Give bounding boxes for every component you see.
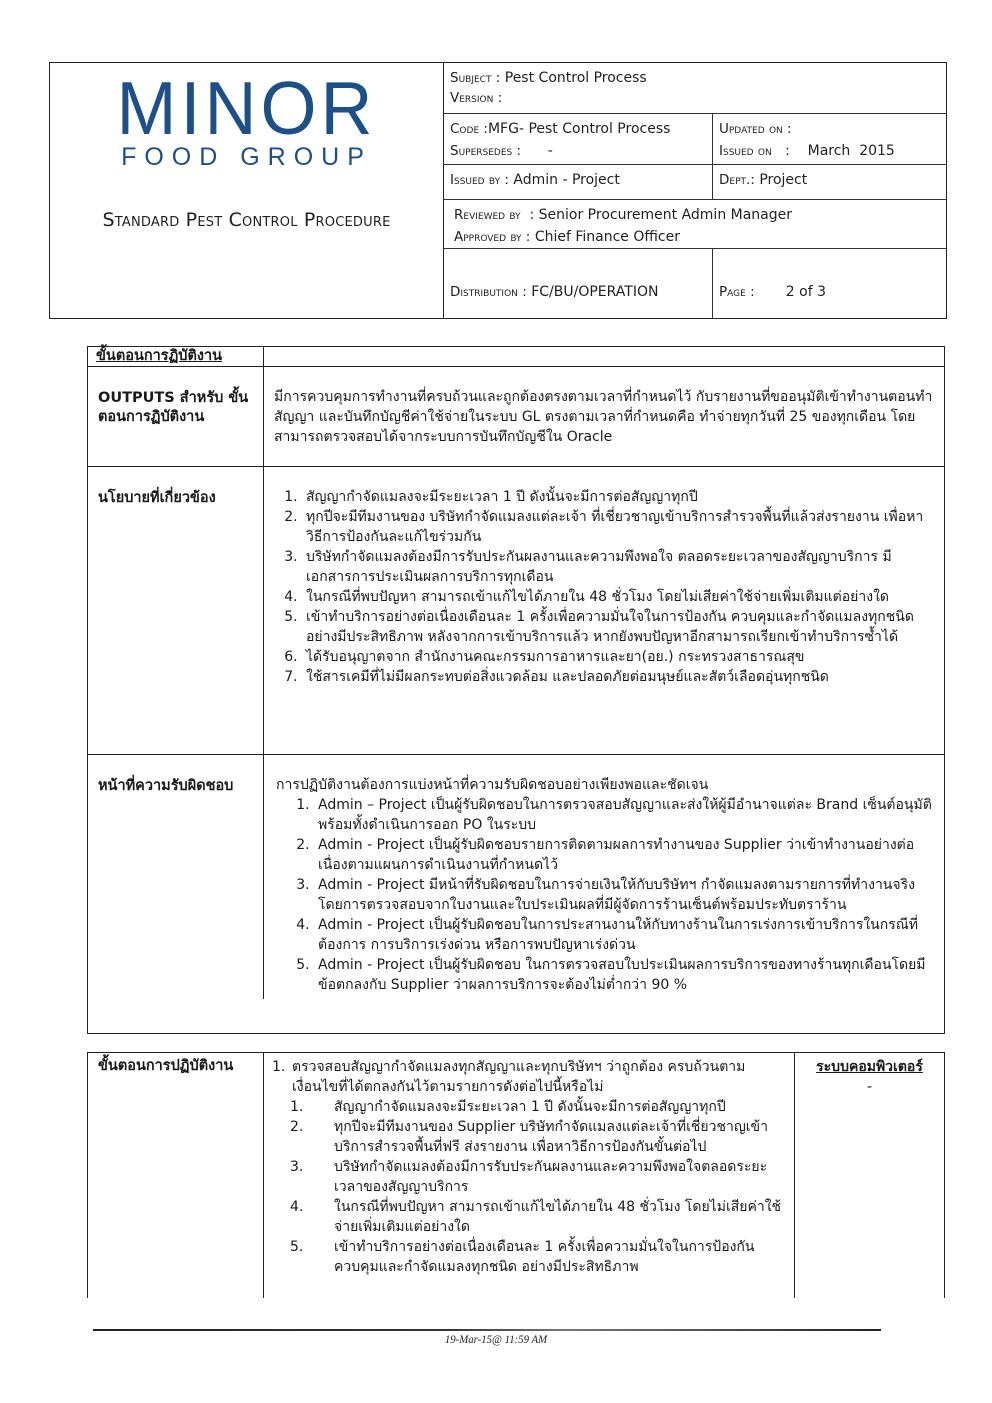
dept-value: Project <box>759 172 807 188</box>
reviewed-by-label: Reviewed by <box>454 207 521 223</box>
updated-on-label: Updated on : <box>719 121 792 137</box>
issued-on-value: : March 2015 <box>785 143 895 159</box>
list-item: ได้รับอนุญาตจาก สำนักงานคณะกรรมการอาหารแ… <box>302 647 934 667</box>
responsibility-row: หน้าที่ความรับผิดชอบ การปฏิบัติงานต้องกา… <box>88 755 944 999</box>
footer-timestamp: 19-Mar-15@ 11:59 AM <box>50 1332 943 1347</box>
supersedes-label: Supersedes : <box>450 143 521 159</box>
policy-label: นโยบายที่เกี่ยวข้อง <box>88 467 264 754</box>
responsibility-content: การปฏิบัติงานต้องการแบ่งหน้าที่ความรับผิ… <box>264 755 944 999</box>
list-item: Admin - Project มีหน้าที่รับผิดชอบในการจ… <box>314 875 934 915</box>
list-item: 5.เข้าทำบริการอย่างต่อเนื่องเดือนละ 1 คร… <box>290 1237 786 1277</box>
document-title: Standard Pest Control Procedure <box>50 209 443 231</box>
company-logo-subtitle: FOOD GROUP <box>50 143 443 172</box>
steps-table: ขั้นตอนการปฏิบัติงาน 1. ตรวจสอบสัญญากำจั… <box>87 1052 945 1298</box>
subject-label: Subject : <box>450 70 500 86</box>
supersedes-value: - <box>548 143 553 159</box>
document-header: MINOR FOOD GROUP Standard Pest Control P… <box>49 62 947 319</box>
procedure-table-header-row: ขั้นตอนการฏิบัติงาน <box>88 347 944 367</box>
meta-row-code: Code :MFG- Pest Control Process Supersed… <box>444 114 946 165</box>
outputs-label: OUTPUTS สำหรับ ขั้นตอนการฏิบัติงาน <box>88 367 264 466</box>
meta-row-issued-by: Issued by : Admin - Project Dept.: Proje… <box>444 165 946 200</box>
list-item: ทุกปีจะมีทีมงานของ บริษัทกำจัดแมลงแต่ละเ… <box>302 507 934 547</box>
procedure-header-label: ขั้นตอนการฏิบัติงาน <box>88 347 264 366</box>
list-item: Admin - Project เป็นผู้รับผิดชอบในการประ… <box>314 915 934 955</box>
list-item: 2.ทุกปีจะมีทีมงานของ Supplier บริษัทกำจั… <box>290 1117 786 1157</box>
issued-by-label: Issued by : <box>450 172 509 188</box>
dept-label: Dept.: <box>719 172 755 188</box>
list-item: 4.ในกรณีที่พบปัญหา สามารถเข้าแก้ไขได้ภาย… <box>290 1197 786 1237</box>
company-logo: MINOR <box>50 71 443 147</box>
meta-row-distribution: Distribution : FC/BU/OPERATION Page : 2 … <box>444 249 946 318</box>
version-label: Version : <box>450 90 502 106</box>
footer-divider <box>93 1329 881 1331</box>
policy-list: สัญญากำจัดแมลงจะมีระยะเวลา 1 ปี ดังนั้นจ… <box>274 487 934 687</box>
step-1-number: 1. <box>272 1057 292 1097</box>
steps-content: 1. ตรวจสอบสัญญากำจัดแมลงทุกสัญญาและทุกบร… <box>264 1053 795 1298</box>
step-1-text: ตรวจสอบสัญญากำจัดแมลงทุกสัญญาและทุกบริษั… <box>292 1057 786 1097</box>
list-item: 1.สัญญากำจัดแมลงจะมีระยะเวลา 1 ปี ดังนั้… <box>290 1097 786 1117</box>
system-column: ระบบคอมพิวเตอร์ - <box>795 1053 944 1298</box>
list-item: Admin - Project เป็นผู้รับผิดชอบ ในการตร… <box>314 955 934 995</box>
policy-row: นโยบายที่เกี่ยวข้อง สัญญากำจัดแมลงจะมีระ… <box>88 467 944 755</box>
approved-by-label: Approved by : <box>454 229 530 245</box>
list-item: เข้าทำบริการอย่างต่อเนื่องเดือนละ 1 ครั้… <box>302 607 934 647</box>
list-item: Admin – Project เป็นผู้รับผิดชอบในการตรว… <box>314 795 934 835</box>
approved-by-value: Chief Finance Officer <box>535 229 680 245</box>
meta-row-subject: Subject : Pest Control Process Version : <box>444 63 946 114</box>
procedure-table: ขั้นตอนการฏิบัติงาน OUTPUTS สำหรับ ขั้นต… <box>87 346 945 1034</box>
brand-block: MINOR FOOD GROUP Standard Pest Control P… <box>50 63 444 318</box>
list-item: 3.บริษัทกำจัดแมลงต้องมีการรับประกันผลงาน… <box>290 1157 786 1197</box>
code-value: MFG- Pest Control Process <box>488 121 670 137</box>
steps-label: ขั้นตอนการปฏิบัติงาน <box>88 1053 264 1298</box>
issued-on-label: Issued on <box>719 143 772 159</box>
system-value: - <box>801 1077 938 1097</box>
outputs-row: OUTPUTS สำหรับ ขั้นตอนการฏิบัติงาน มีการ… <box>88 367 944 467</box>
meta-row-review: Reviewed by : Senior Procurement Admin M… <box>444 200 946 249</box>
list-item: ใช้สารเคมีที่ไม่มีผลกระทบต่อสิ่งแวดล้อม … <box>302 667 934 687</box>
reviewed-by-value: : Senior Procurement Admin Manager <box>529 207 792 223</box>
system-header: ระบบคอมพิวเตอร์ <box>801 1057 938 1077</box>
policy-content: สัญญากำจัดแมลงจะมีระยะเวลา 1 ปี ดังนั้นจ… <box>264 467 944 754</box>
page-number: 2 of 3 <box>786 284 826 300</box>
list-item: Admin - Project เป็นผู้รับผิดชอบรายการติ… <box>314 835 934 875</box>
page-label: Page : <box>719 284 755 300</box>
step-1: 1. ตรวจสอบสัญญากำจัดแมลงทุกสัญญาและทุกบร… <box>272 1057 786 1097</box>
step-1-sublist: 1.สัญญากำจัดแมลงจะมีระยะเวลา 1 ปี ดังนั้… <box>272 1097 786 1277</box>
list-item: บริษัทกำจัดแมลงต้องมีการรับประกันผลงานแล… <box>302 547 934 587</box>
outputs-text: มีการควบคุมการทำงานที่ครบถ้วนและถูกต้องต… <box>264 367 944 466</box>
subject-value: Pest Control Process <box>505 70 647 86</box>
responsibility-intro: การปฏิบัติงานต้องการแบ่งหน้าที่ความรับผิ… <box>276 775 934 795</box>
list-item: สัญญากำจัดแมลงจะมีระยะเวลา 1 ปี ดังนั้นจ… <box>302 487 934 507</box>
issued-by-value: Admin - Project <box>513 172 619 188</box>
steps-row: ขั้นตอนการปฏิบัติงาน 1. ตรวจสอบสัญญากำจั… <box>88 1053 944 1298</box>
document-meta: Subject : Pest Control Process Version :… <box>444 63 946 318</box>
responsibility-label: หน้าที่ความรับผิดชอบ <box>88 755 264 999</box>
responsibility-list: Admin – Project เป็นผู้รับผิดชอบในการตรว… <box>274 795 934 995</box>
distribution-label: Distribution : <box>450 284 527 300</box>
list-item: ในกรณีที่พบปัญหา สามารถเข้าแก้ไขได้ภายใน… <box>302 587 934 607</box>
code-label: Code : <box>450 121 488 137</box>
distribution-value: FC/BU/OPERATION <box>531 284 658 300</box>
